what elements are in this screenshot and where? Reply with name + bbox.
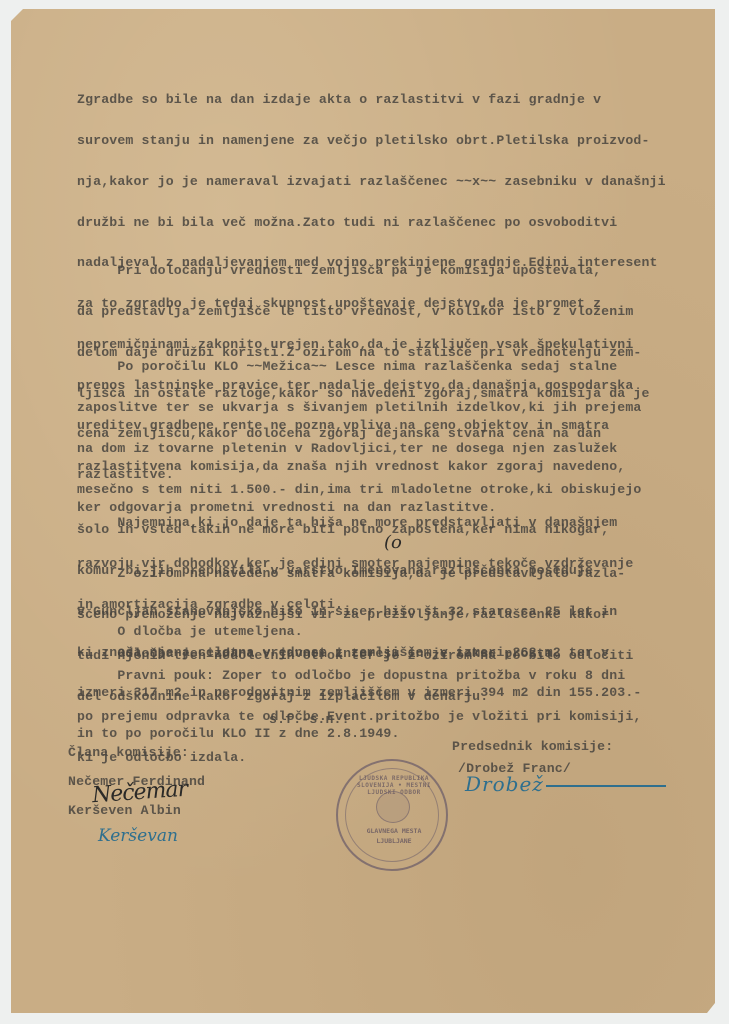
member-name-2: Kerševen Albin: [68, 804, 181, 818]
president-heading: Predsednik komisije:: [452, 740, 613, 754]
signature-stroke: [546, 785, 666, 787]
text-line: nja,kakor jo je nameraval izvajati razla…: [77, 175, 707, 189]
official-stamp: LJUDSKA REPUBLIKA SLOVENIJA • MESTNI LJU…: [336, 759, 448, 871]
handwritten-correction: (o: [384, 532, 402, 553]
members-heading: Člana komisije:: [68, 746, 189, 760]
stamp-line-2: LJUBLJANE: [358, 837, 430, 845]
president-signature: Drobež: [465, 772, 666, 796]
member-signature-2: Kerševan: [98, 826, 178, 846]
text-line: surovem stanju in namenjene za večjo ple…: [77, 134, 707, 148]
text-line: da predstavlja zemljišče le tisto vredno…: [77, 305, 707, 319]
stamp-line-1: GLAVNEGA MESTA: [358, 827, 430, 835]
text-line: na dom iz tovarne pletenin v Radovljici,…: [77, 442, 707, 456]
president-signature-text: Drobež: [465, 772, 544, 796]
text-line: po prejemu odpravka te odločbe.Event.pri…: [77, 710, 707, 724]
text-line: Zgradbe so bile na dan izdaje akta o raz…: [77, 93, 707, 107]
closing-salutation: s.f.-s.n.!: [269, 713, 350, 727]
text-line: Z ozirom na navedeno smatra komisija,da …: [77, 567, 707, 581]
coat-of-arms-icon: [376, 791, 410, 823]
text-line: Najemnina,ki jo daje ta hiša ne more pre…: [77, 516, 707, 530]
text-line: Po poročilu KLO ~~Mežica~~ Lesce nima ra…: [77, 360, 707, 374]
text-line: Pri določanju vrednosti zemljišča pa je …: [77, 264, 707, 278]
text-line: zaposlitve ter se ukvarja s šivanjem ple…: [77, 401, 707, 415]
text-line: Pravni pouk: Zoper to odločbo je dopustn…: [77, 669, 707, 683]
text-line: družbi ne bi bila več možna.Zato tudi ni…: [77, 216, 707, 230]
